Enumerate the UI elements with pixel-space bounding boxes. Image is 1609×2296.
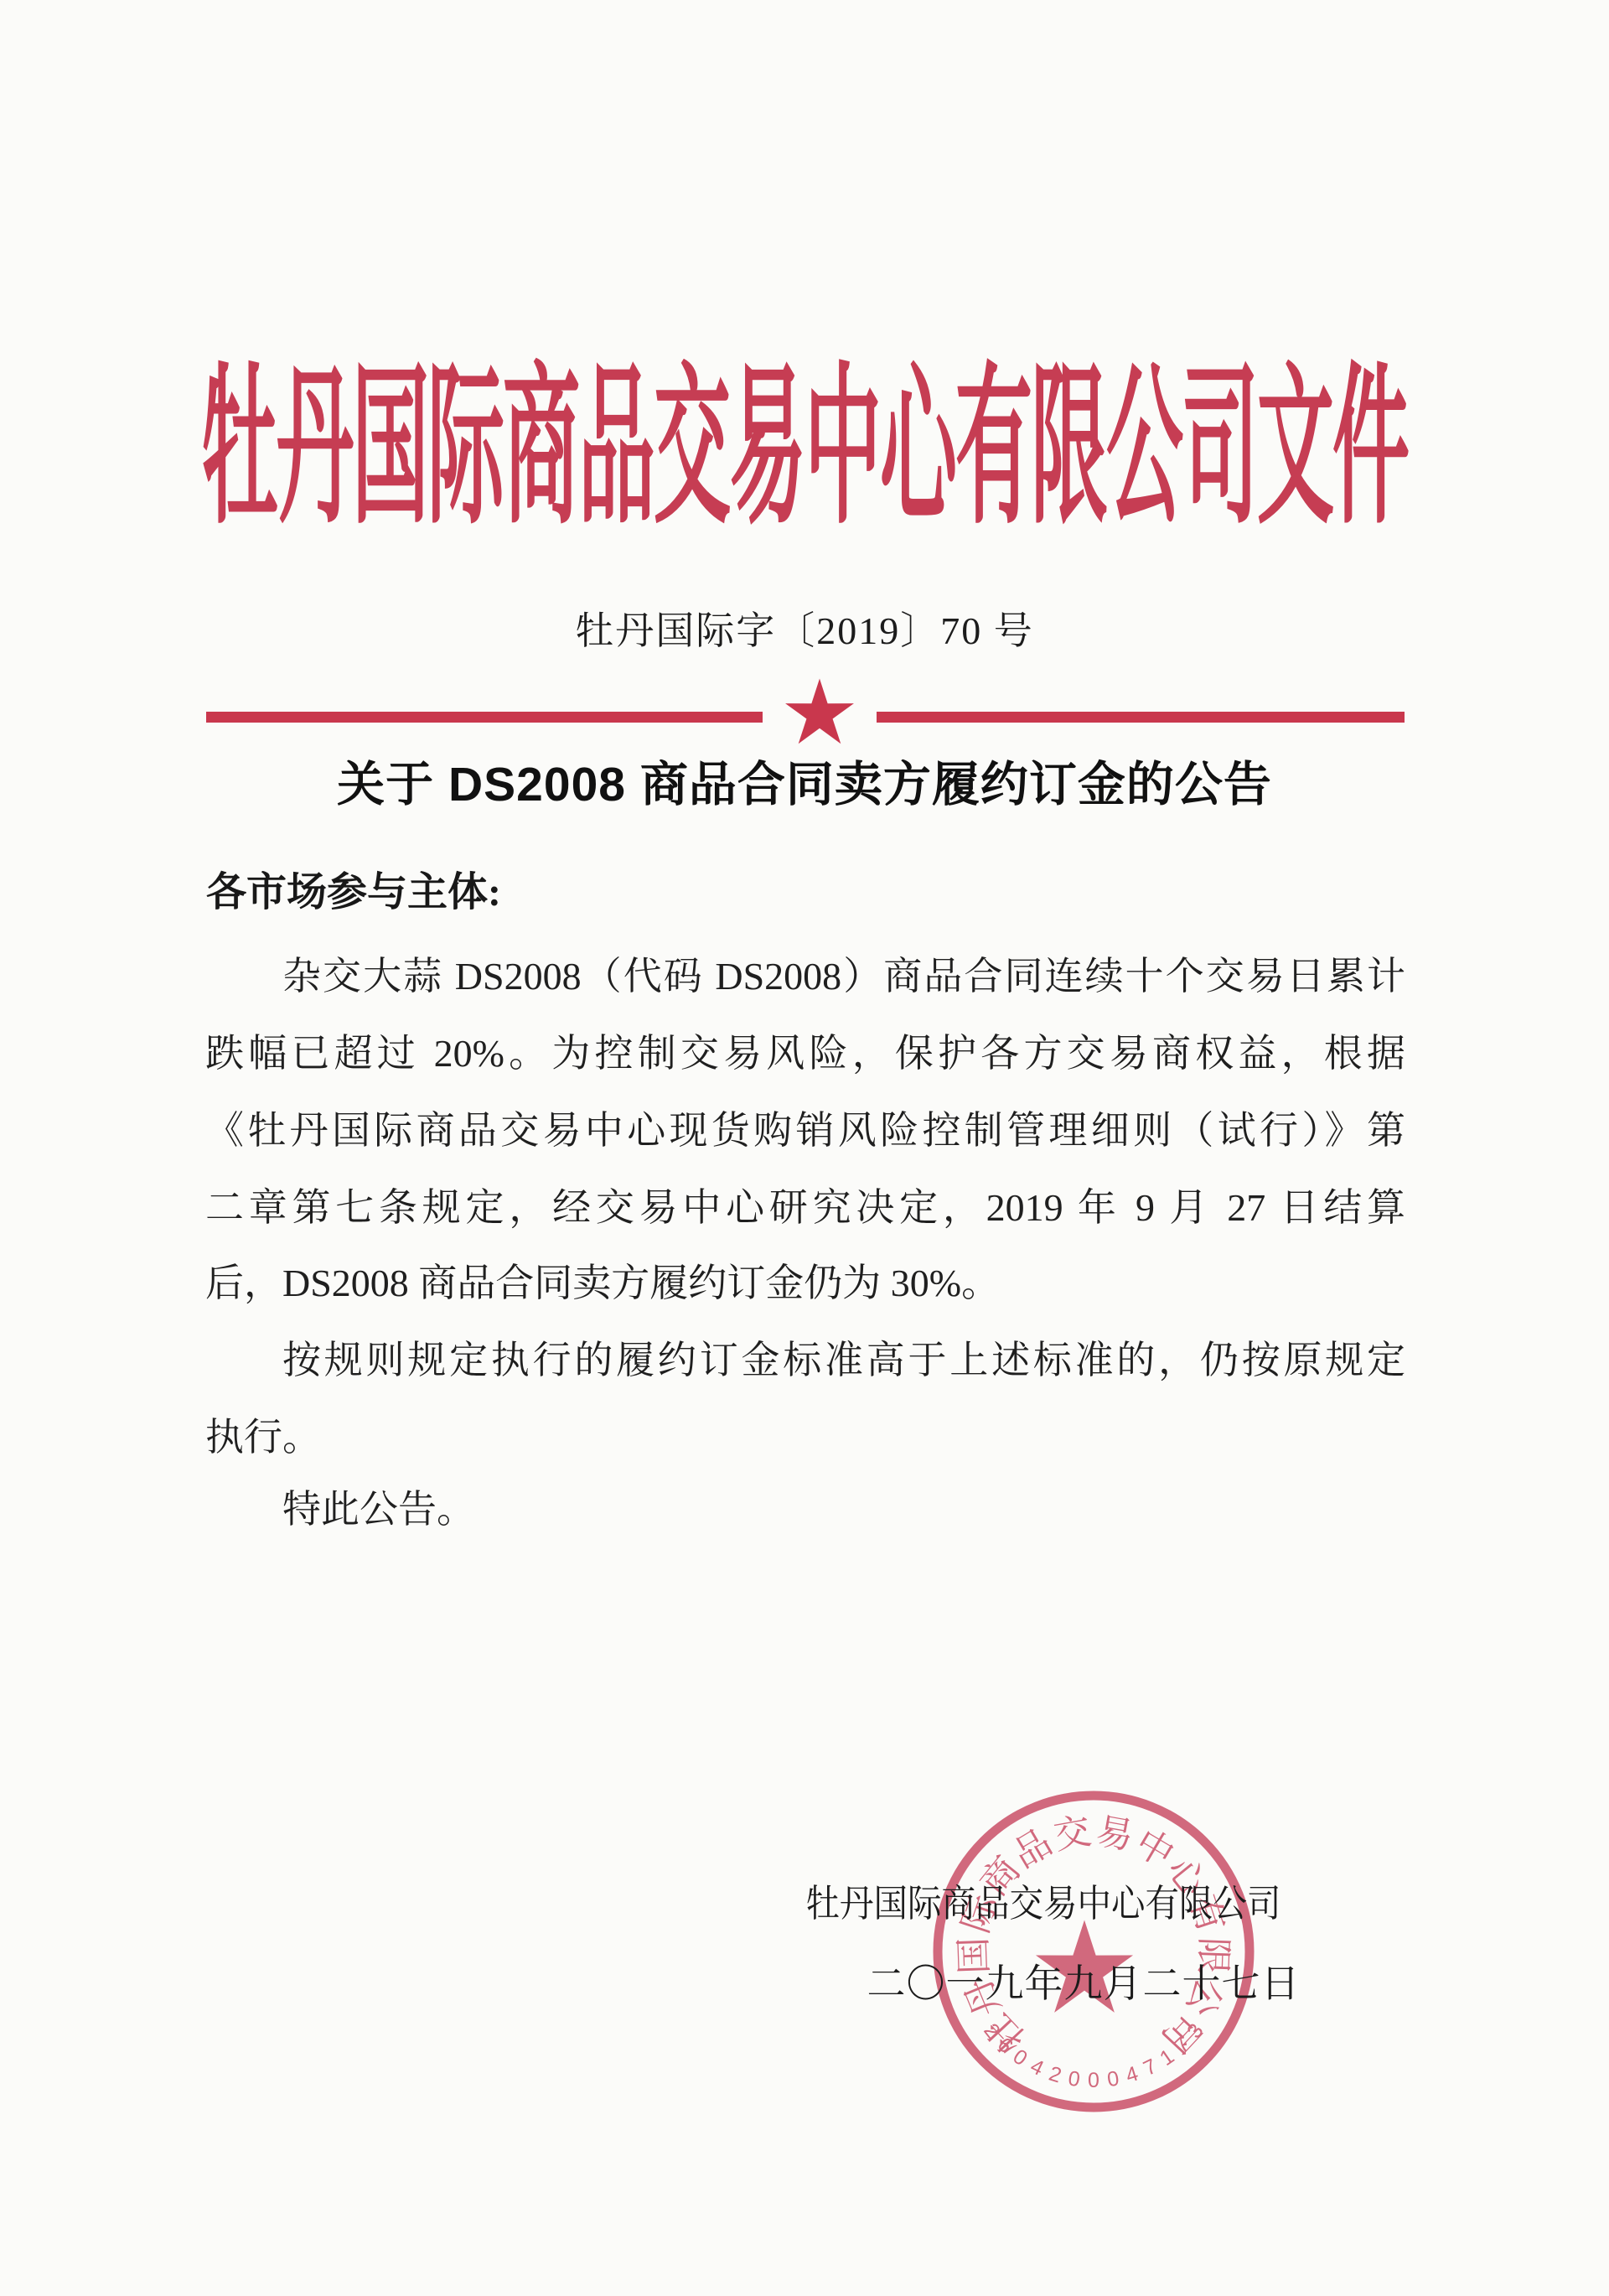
svg-text:0: 0	[1105, 2066, 1120, 2091]
document-page: 牡丹国际商品交易中心有限公司文件 牡丹国际字〔2019〕70 号 关于 DS20…	[0, 0, 1609, 2296]
svg-text:0: 0	[1067, 2066, 1082, 2091]
divider-line-left	[206, 712, 763, 723]
body-line: 杂交大蒜 DS2008（代码 DS2008）商品合同连续十个交易日累计	[205, 952, 1405, 1001]
body-line: 《牡丹国际商品交易中心现货购销风险控制管理细则（试行）》第	[205, 1107, 1405, 1155]
body-line: 跌幅已超过 20%。为控制交易风险，保护各方交易商权益，根据	[205, 1029, 1405, 1078]
doc-number: 牡丹国际字〔2019〕70 号	[0, 605, 1609, 657]
svg-text:2: 2	[1046, 2062, 1064, 2088]
signature-company: 牡丹国际商品交易中心有限公司	[802, 1880, 1285, 1927]
company-seal-stamp: 牡 丹 国 际 商 品 交 易 中 心 有 限 公 司 3 7 1 7 4 0 …	[926, 1784, 1261, 2119]
signature-date: 二〇一九年九月二十七日	[865, 1961, 1302, 2008]
body-line: 后，DS2008 商品合同卖方履约订金仍为 30%。	[205, 1259, 1405, 1308]
svg-text:7: 7	[1140, 2055, 1161, 2081]
page-title: 关于 DS2008 商品合同卖方履约订金的公告	[0, 755, 1609, 814]
body-line: 特此公告。	[205, 1485, 1405, 1534]
body-line: 二章第七条规定，经交易中心研究决定，2019 年 9 月 27 日结算	[205, 1184, 1405, 1232]
svg-text:4: 4	[1123, 2062, 1141, 2088]
svg-text:交: 交	[1051, 1811, 1094, 1858]
salutation: 各市场参与主体:	[206, 868, 501, 917]
svg-text:易: 易	[1093, 1811, 1136, 1858]
svg-text:4: 4	[1027, 2055, 1048, 2081]
divider-line-right	[877, 712, 1405, 723]
body-line: 执行。	[205, 1413, 1405, 1462]
star-icon	[784, 676, 856, 748]
masthead-title: 牡丹国际商品交易中心有限公司文件	[0, 362, 1609, 535]
svg-text:0: 0	[1088, 2069, 1099, 2092]
body-line: 按规则规定执行的履约订金标准高于上述标准的，仍按原规定	[205, 1336, 1405, 1385]
